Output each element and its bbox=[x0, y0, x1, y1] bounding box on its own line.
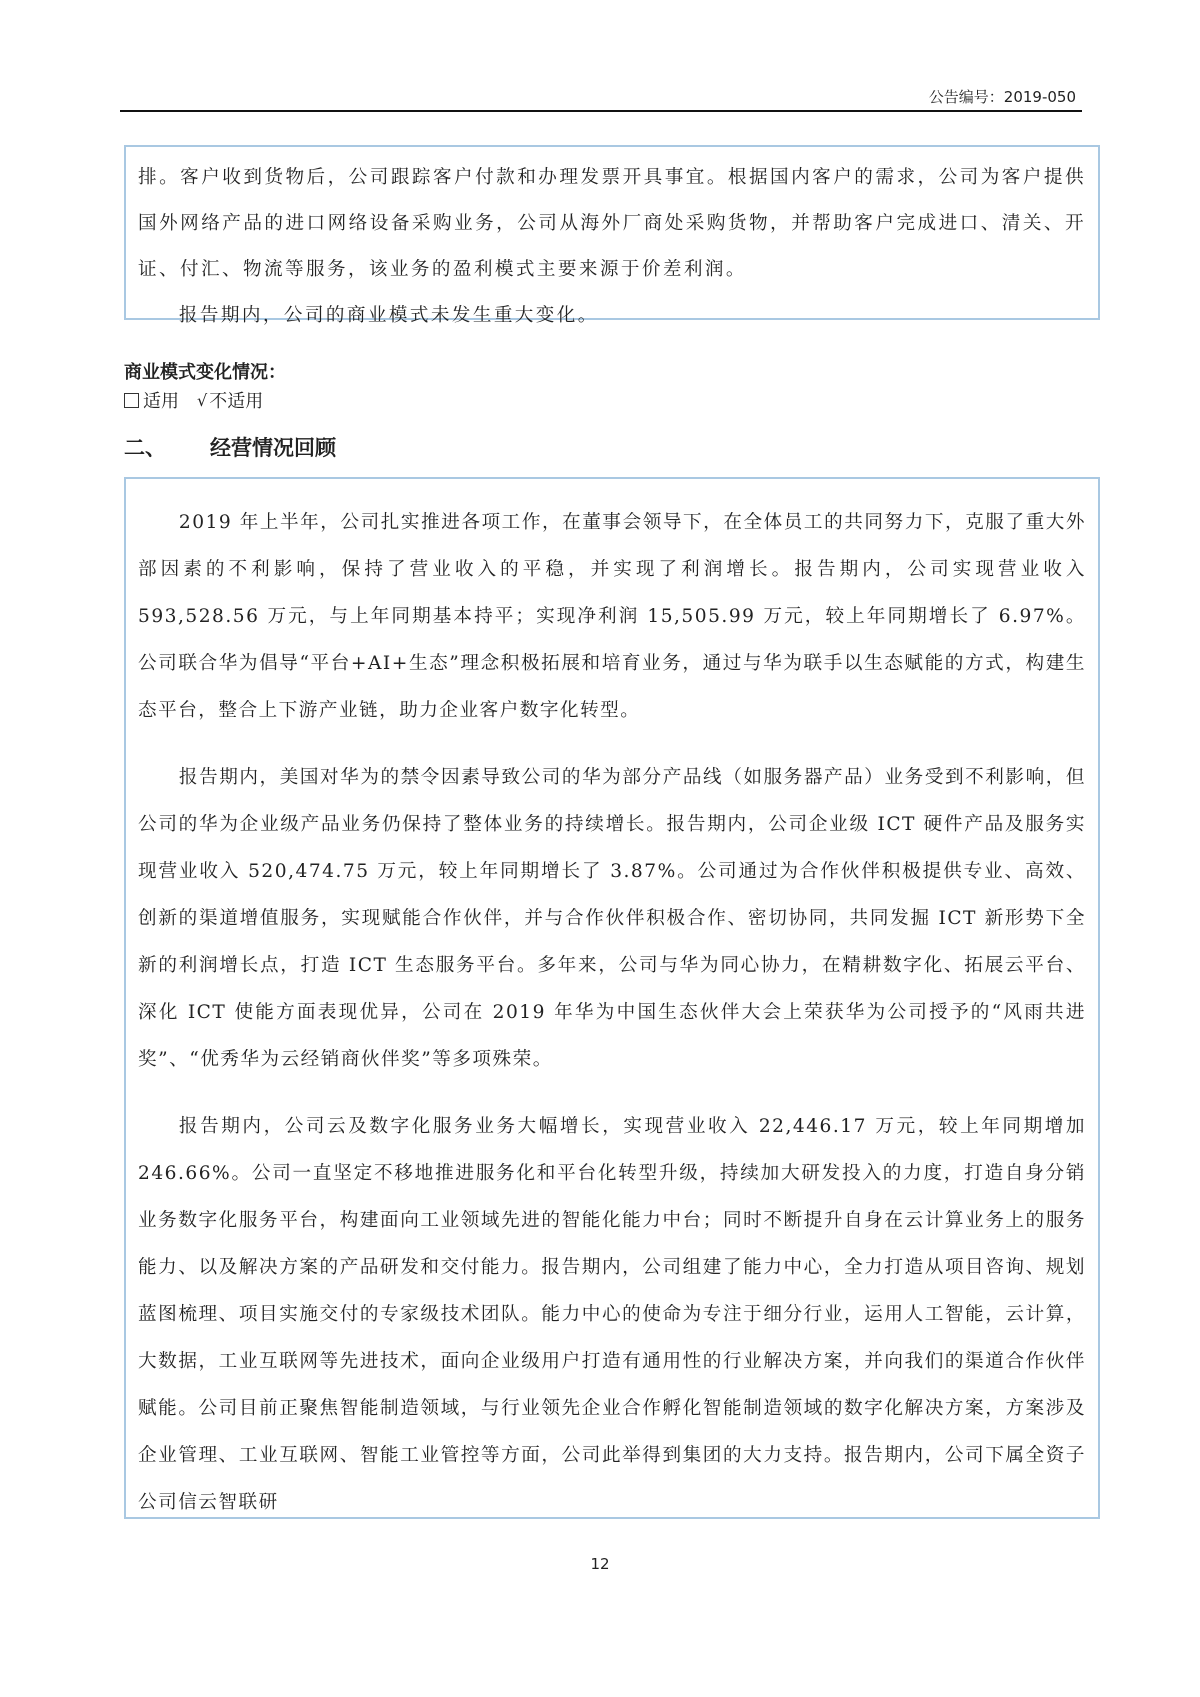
paragraph: 报告期内，公司云及数字化服务业务大幅增长，实现营业收入 22,446.17 万元… bbox=[138, 1103, 1086, 1526]
paragraph: 2019 年上半年，公司扎实推进各项工作，在董事会领导下，在全体员工的共同努力下… bbox=[138, 499, 1086, 734]
option-not-applicable: √ 不适用 bbox=[197, 387, 263, 413]
business-model-text-box: 排。客户收到货物后，公司跟踪客户付款和办理发票开具事宜。根据国内客户的需求，公司… bbox=[124, 145, 1100, 320]
paragraph: 报告期内，公司的商业模式未发生重大变化。 bbox=[138, 293, 1086, 339]
section-title: 经营情况回顾 bbox=[210, 432, 336, 462]
section-number: 二、 bbox=[124, 432, 210, 462]
operations-review-text-box: 2019 年上半年，公司扎实推进各项工作，在董事会领导下，在全体员工的共同努力下… bbox=[124, 477, 1100, 1519]
option-label: 适用 bbox=[143, 387, 179, 413]
paragraph: 排。客户收到货物后，公司跟踪客户付款和办理发票开具事宜。根据国内客户的需求，公司… bbox=[138, 155, 1086, 293]
paragraph: 报告期内，美国对华为的禁令因素导致公司的华为部分产品线（如服务器产品）业务受到不… bbox=[138, 754, 1086, 1083]
section-heading: 二、 经营情况回顾 bbox=[124, 432, 336, 462]
checkbox-empty-icon bbox=[124, 393, 139, 408]
option-label: 不适用 bbox=[209, 387, 263, 413]
applicability-options: 适用 √ 不适用 bbox=[124, 387, 263, 413]
option-applicable: 适用 bbox=[124, 387, 179, 413]
page-header: 公告编号：2019-050 bbox=[120, 80, 1082, 110]
checkmark-icon: √ bbox=[197, 391, 207, 410]
announcement-number: 公告编号：2019-050 bbox=[929, 86, 1076, 107]
header-divider bbox=[120, 110, 1082, 112]
business-model-change-label: 商业模式变化情况： bbox=[124, 358, 286, 384]
page-number: 12 bbox=[0, 1555, 1200, 1573]
